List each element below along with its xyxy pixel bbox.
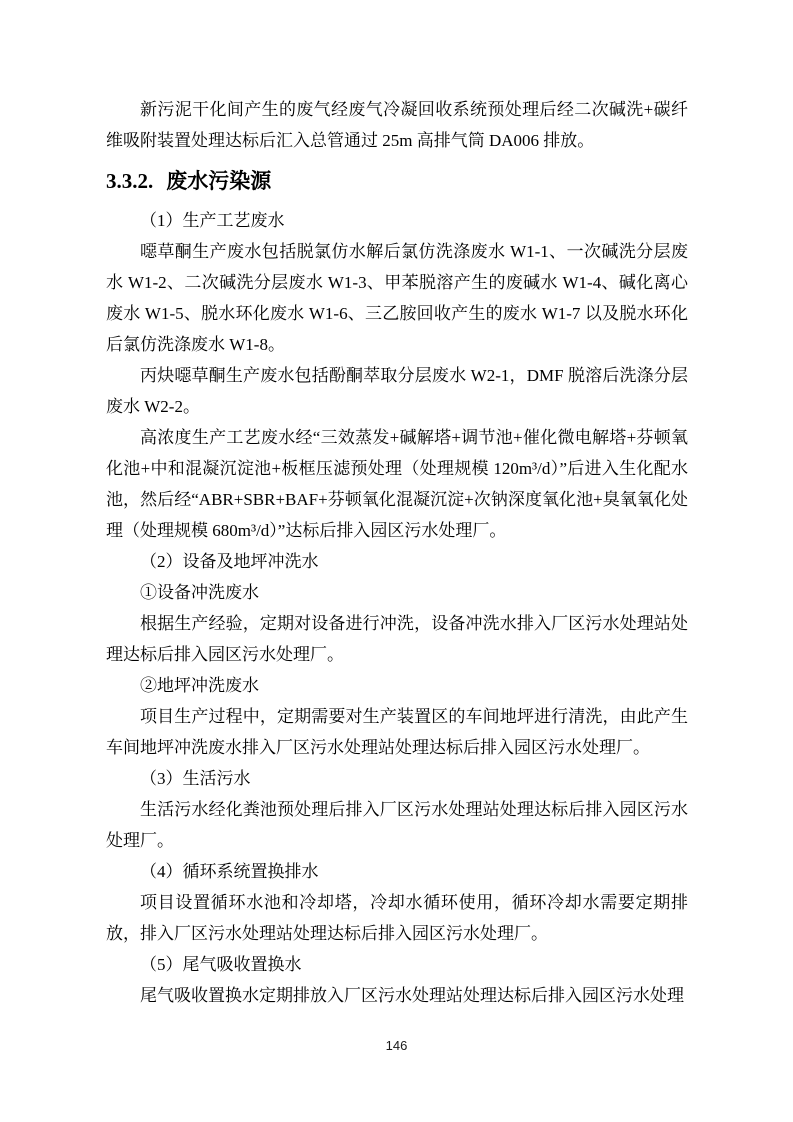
paragraph: 项目设置循环水池和冷却塔，冷却水循环使用，循环冷却水需要定期排放，排入厂区污水处… [106, 887, 688, 949]
paragraph: 根据生产经验，定期对设备进行冲洗，设备冲洗水排入厂区污水处理站处理达标后排入园区… [106, 608, 688, 670]
section-title: 废水污染源 [166, 169, 271, 193]
paragraph: 高浓度生产工艺废水经“三效蒸发+碱解塔+调节池+催化微电解塔+芬顿氧化池+中和混… [106, 422, 688, 546]
document-page: 新污泥干化间产生的废气经废气冷凝回收系统预处理后经二次碱洗+碳纤维吸附装置处理达… [0, 0, 793, 1122]
list-item-heading: （2）设备及地坪冲洗水 [106, 546, 688, 577]
section-number: 3.3.2. [106, 169, 153, 193]
list-item-heading: （5）尾气吸收置换水 [106, 949, 688, 980]
paragraph: 尾气吸收置换水定期排放入厂区污水处理站处理达标后排入园区污水处理 [106, 980, 688, 1011]
paragraph: 项目生产过程中，定期需要对生产装置区的车间地坪进行清洗，由此产生车间地坪冲洗废水… [106, 701, 688, 763]
section-heading: 3.3.2.废水污染源 [106, 167, 688, 195]
sub-item-heading: ②地坪冲洗废水 [106, 670, 688, 701]
paragraph: 噁草酮生产废水包括脱氯仿水解后氯仿洗涤废水 W1-1、一次碱洗分层废水 W1-2… [106, 236, 688, 360]
sub-item-heading: ①设备冲洗废水 [106, 577, 688, 608]
list-item-heading: （3）生活污水 [106, 763, 688, 794]
intro-paragraph: 新污泥干化间产生的废气经废气冷凝回收系统预处理后经二次碱洗+碳纤维吸附装置处理达… [106, 94, 688, 156]
page-number: 146 [0, 1038, 793, 1053]
list-item-heading: （4）循环系统置换排水 [106, 856, 688, 887]
paragraph: 生活污水经化粪池预处理后排入厂区污水处理站处理达标后排入园区污水处理厂。 [106, 794, 688, 856]
page-content: 新污泥干化间产生的废气经废气冷凝回收系统预处理后经二次碱洗+碳纤维吸附装置处理达… [106, 94, 688, 1011]
paragraph: 丙炔噁草酮生产废水包括酚酮萃取分层废水 W2-1，DMF 脱溶后洗涤分层废水 W… [106, 360, 688, 422]
list-item-heading: （1）生产工艺废水 [106, 205, 688, 236]
